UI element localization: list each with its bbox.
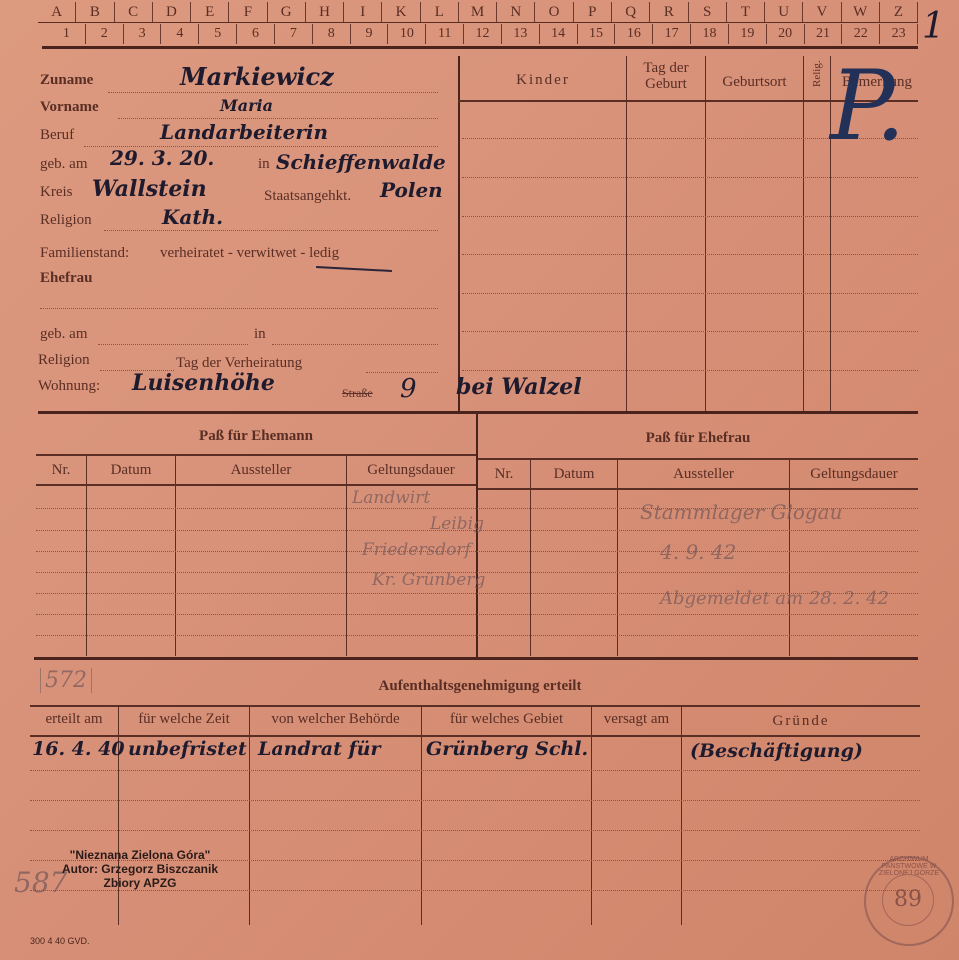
- strasse-extra: bei Walzel: [456, 374, 582, 400]
- dotted-line: [40, 308, 438, 309]
- index-letter: U: [765, 2, 803, 22]
- ehefrau-in-label: in: [254, 326, 266, 343]
- index-letters: A B C D E F G H I K L M N O P Q R S T U …: [38, 2, 918, 22]
- tag-der-geburt-header: Tag der Geburt: [627, 60, 705, 92]
- index-numbers: 1 2 3 4 5 6 7 8 9 10 11 12 13 14 15 16 1…: [48, 24, 918, 44]
- index-number: 23: [880, 24, 918, 44]
- ehefrau-aussteller-header: Aussteller: [618, 466, 789, 483]
- index-number: 4: [161, 24, 199, 44]
- ehemann-pencil-line: Kr. Grünberg: [372, 570, 485, 590]
- erteilt-am-header: erteilt am: [30, 711, 118, 728]
- column-line: [530, 458, 531, 656]
- index-number: 12: [464, 24, 502, 44]
- dotted-line: [462, 370, 918, 371]
- index-letter: E: [191, 2, 229, 22]
- geburtsort-header: Geburtsort: [706, 74, 803, 91]
- table-rule: [30, 705, 920, 707]
- gebiet-value: Grünberg Schl.: [426, 738, 588, 760]
- pass-ehemann-title: Paß für Ehemann: [36, 428, 476, 445]
- index-letter: S: [689, 2, 727, 22]
- table-rule: [478, 488, 918, 490]
- ehemann-geltungsdauer-header: Geltungsdauer: [347, 462, 475, 479]
- watermark: "Nieznana Zielona Góra" Autor: Grzegorz …: [40, 848, 240, 890]
- ehefrau-geb-am-label: geb. am: [40, 326, 87, 343]
- index-number: 13: [502, 24, 540, 44]
- dotted-line: [104, 230, 438, 231]
- pass-divider: [476, 413, 478, 657]
- kinder-header: Kinder: [460, 72, 626, 89]
- index-letter: L: [421, 2, 459, 22]
- section-rule-2: [34, 657, 918, 660]
- ehefrau-pencil-line: 4. 9. 42: [660, 540, 736, 564]
- ehefrau-nr-header: Nr.: [478, 466, 530, 483]
- versagt-am-header: versagt am: [592, 711, 681, 728]
- column-line: [591, 705, 592, 925]
- index-number: 1: [48, 24, 86, 44]
- dotted-line: [462, 331, 918, 332]
- index-number: 14: [540, 24, 578, 44]
- strasse-label: Straße: [342, 386, 373, 401]
- beruf-label: Beruf: [40, 127, 74, 144]
- vorname-value: Maria: [220, 96, 273, 115]
- dotted-line: [118, 118, 438, 119]
- ehefrau-pencil-line: Abgemeldet am 28. 2. 42: [660, 588, 889, 609]
- index-letter: H: [306, 2, 344, 22]
- religion-label: Religion: [40, 212, 92, 229]
- index-letter: N: [497, 2, 535, 22]
- index-number: 19: [729, 24, 767, 44]
- index-number: 16: [615, 24, 653, 44]
- dotted-line: [36, 635, 918, 636]
- bemerkung-annotation: P.: [830, 50, 906, 162]
- ehemann-aussteller-header: Aussteller: [176, 462, 346, 479]
- index-number: 11: [426, 24, 464, 44]
- column-line: [789, 458, 790, 656]
- ehemann-pencil-line: Landwirt: [352, 488, 430, 508]
- stamp-number: 89: [882, 874, 934, 926]
- in-label: in: [258, 156, 270, 173]
- ehemann-pencil-line: Friedersdorf: [362, 540, 471, 560]
- gruende-value: (Beschäftigung): [690, 740, 863, 762]
- index-number: 6: [237, 24, 275, 44]
- dotted-line: [98, 344, 248, 345]
- column-line: [681, 705, 682, 925]
- staatsangehoerigkeit-label: Staatsangehkt.: [264, 188, 351, 205]
- ehemann-pencil-line: Leibig: [430, 514, 484, 534]
- kreis-value: Wallstein: [92, 176, 207, 202]
- aufenthalt-title: Aufenthaltsgenehmigung erteilt: [300, 678, 660, 695]
- index-letter: A: [38, 2, 76, 22]
- index-letter: W: [842, 2, 880, 22]
- index-number: 21: [805, 24, 843, 44]
- side-mark-572: 572: [40, 668, 92, 693]
- column-line: [803, 56, 804, 412]
- table-rule: [478, 458, 918, 460]
- zuname-value: Markiewicz: [180, 62, 334, 91]
- section-rule-1: [38, 411, 918, 414]
- pass-ehefrau-title: Paß für Ehefrau: [478, 430, 918, 447]
- column-line: [617, 458, 618, 656]
- dotted-line: [108, 92, 438, 93]
- behoerde-header: von welcher Behörde: [250, 711, 421, 728]
- index-number: 2: [86, 24, 124, 44]
- index-letter: Z: [880, 2, 918, 22]
- index-number: 18: [691, 24, 729, 44]
- index-number: 20: [767, 24, 805, 44]
- ledig-underline: [316, 266, 392, 272]
- familienstand-label: Familienstand:: [40, 245, 129, 262]
- strip-bottom-rule: [42, 46, 918, 49]
- index-number: 8: [313, 24, 351, 44]
- erteilt-am-value: 16. 4. 40: [32, 738, 125, 760]
- dotted-line: [30, 800, 920, 801]
- beruf-value: Landarbeiterin: [160, 120, 328, 144]
- religion-value: Kath.: [162, 205, 223, 229]
- dotted-line: [30, 830, 920, 831]
- index-number: 10: [388, 24, 426, 44]
- index-letter: D: [153, 2, 191, 22]
- familienstand-options: verheiratet - verwitwet - ledig: [160, 245, 339, 262]
- column-line: [626, 56, 627, 412]
- table-rule: [30, 735, 920, 737]
- column-line: [705, 56, 706, 412]
- index-letter: P: [574, 2, 612, 22]
- dotted-line: [272, 344, 438, 345]
- column-line: [86, 454, 87, 656]
- print-code: 300 4 40 GVD.: [30, 936, 90, 946]
- religion-header: Relig.: [811, 65, 823, 87]
- watermark-line: Autor: Grzegorz Biszczanik: [40, 862, 240, 876]
- ehemann-datum-header: Datum: [87, 462, 175, 479]
- index-number: 3: [124, 24, 162, 44]
- index-number: 9: [351, 24, 389, 44]
- gruende-header: Gründe: [682, 713, 920, 730]
- index-letter: G: [268, 2, 306, 22]
- ehefrau-datum-header: Datum: [531, 466, 617, 483]
- watermark-line: Zbiory APZG: [40, 876, 240, 890]
- dotted-line: [36, 551, 918, 552]
- index-letter: C: [115, 2, 153, 22]
- index-letter: R: [650, 2, 688, 22]
- dotted-line: [462, 177, 918, 178]
- column-line: [421, 705, 422, 925]
- dotted-line: [462, 254, 918, 255]
- personal-divider: [458, 56, 460, 412]
- index-number: 5: [199, 24, 237, 44]
- table-rule: [36, 454, 476, 456]
- ehefrau-pencil-line: Stammlager Glogau: [640, 500, 843, 524]
- index-number: 22: [842, 24, 880, 44]
- index-letter: K: [382, 2, 420, 22]
- index-letter: Q: [612, 2, 650, 22]
- index-number: 7: [275, 24, 313, 44]
- index-letter: B: [76, 2, 114, 22]
- welche-zeit-header: für welche Zeit: [119, 711, 249, 728]
- kreis-label: Kreis: [40, 184, 73, 201]
- strasse-value: 9: [400, 374, 417, 404]
- column-line: [175, 454, 176, 656]
- corner-mark: 1: [922, 6, 945, 47]
- geb-am-label: geb. am: [40, 156, 87, 173]
- index-letter: T: [727, 2, 765, 22]
- index-letter: F: [229, 2, 267, 22]
- gebiet-header: für welches Gebiet: [422, 711, 591, 728]
- vorname-label: Vorname: [40, 99, 99, 116]
- ehefrau-geltungsdauer-header: Geltungsdauer: [790, 466, 918, 483]
- zuname-label: Zuname: [40, 72, 93, 89]
- ehemann-nr-header: Nr.: [36, 462, 86, 479]
- staatsangehoerigkeit-value: Polen: [380, 178, 443, 202]
- index-strip: A B C D E F G H I K L M N O P Q R S T U …: [38, 0, 918, 44]
- index-letter: M: [459, 2, 497, 22]
- birthplace-value: Schieffenwalde: [276, 150, 446, 174]
- ehefrau-label: Ehefrau: [40, 270, 93, 287]
- dotted-line: [462, 293, 918, 294]
- index-letter: I: [344, 2, 382, 22]
- behoerde-value: Landrat für: [258, 738, 380, 760]
- archive-stamp: ARCHIWUM PAŃSTWOWE W ZIELONEJ GÓRZE 89: [864, 856, 954, 946]
- index-number: 15: [578, 24, 616, 44]
- index-number: 17: [653, 24, 691, 44]
- dotted-line: [366, 372, 438, 373]
- watermark-line: "Nieznana Zielona Góra": [40, 848, 240, 862]
- index-letter: O: [535, 2, 573, 22]
- strip-divider: [38, 22, 918, 23]
- geb-am-value: 29. 3. 20.: [110, 146, 214, 170]
- column-line: [249, 705, 250, 925]
- wohnung-value: Luisenhöhe: [132, 370, 275, 396]
- table-rule: [36, 484, 476, 486]
- ehefrau-religion-label: Religion: [38, 352, 90, 369]
- welche-zeit-value: unbefristet: [128, 738, 247, 760]
- column-line: [346, 454, 347, 656]
- index-letter: V: [803, 2, 841, 22]
- dotted-line: [462, 216, 918, 217]
- dotted-line: [36, 614, 918, 615]
- registration-card: A B C D E F G H I K L M N O P Q R S T U …: [0, 0, 959, 960]
- dotted-line: [30, 770, 920, 771]
- dotted-line: [30, 890, 920, 891]
- wohnung-label: Wohnung:: [38, 378, 100, 395]
